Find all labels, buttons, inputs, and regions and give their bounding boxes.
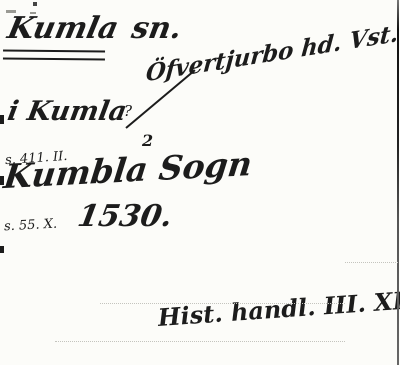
headword: Kumla [5, 14, 121, 44]
year-text: 1530. [75, 202, 174, 232]
headword-line: Kumlasn. [8, 14, 181, 44]
scan-speck [6, 10, 16, 13]
faint-rule-line [55, 341, 345, 342]
scan-artifact-blob [0, 176, 4, 185]
query-mark: ? [124, 104, 132, 119]
scan-speck [30, 12, 36, 14]
source-citation: Hist. handl. III. XI. [157, 288, 400, 330]
superscript-mark-2: 2 [142, 133, 153, 149]
scan-edge-line [397, 0, 399, 365]
parish-abbreviation: sn. [129, 14, 183, 44]
faint-rule-line [345, 262, 398, 263]
district-line: Öfvertjurbo hd. Vst. [145, 22, 399, 86]
archive-card: Kumlasn. Öfvertjurbo hd. Vst. i Kumla ? … [0, 0, 400, 365]
headword-double-underline [3, 49, 105, 60]
entry-i-kumla: i Kumla [8, 98, 126, 125]
scan-speck [33, 2, 37, 6]
entry-i-kumla-text: i Kumla [6, 98, 129, 125]
faint-rule-line [100, 303, 345, 304]
scan-artifact-blob [0, 115, 4, 124]
scan-artifact-blob [0, 246, 4, 253]
page-reference-2: s. 55. X. [4, 218, 58, 234]
year-1530: 1530. [78, 202, 172, 232]
